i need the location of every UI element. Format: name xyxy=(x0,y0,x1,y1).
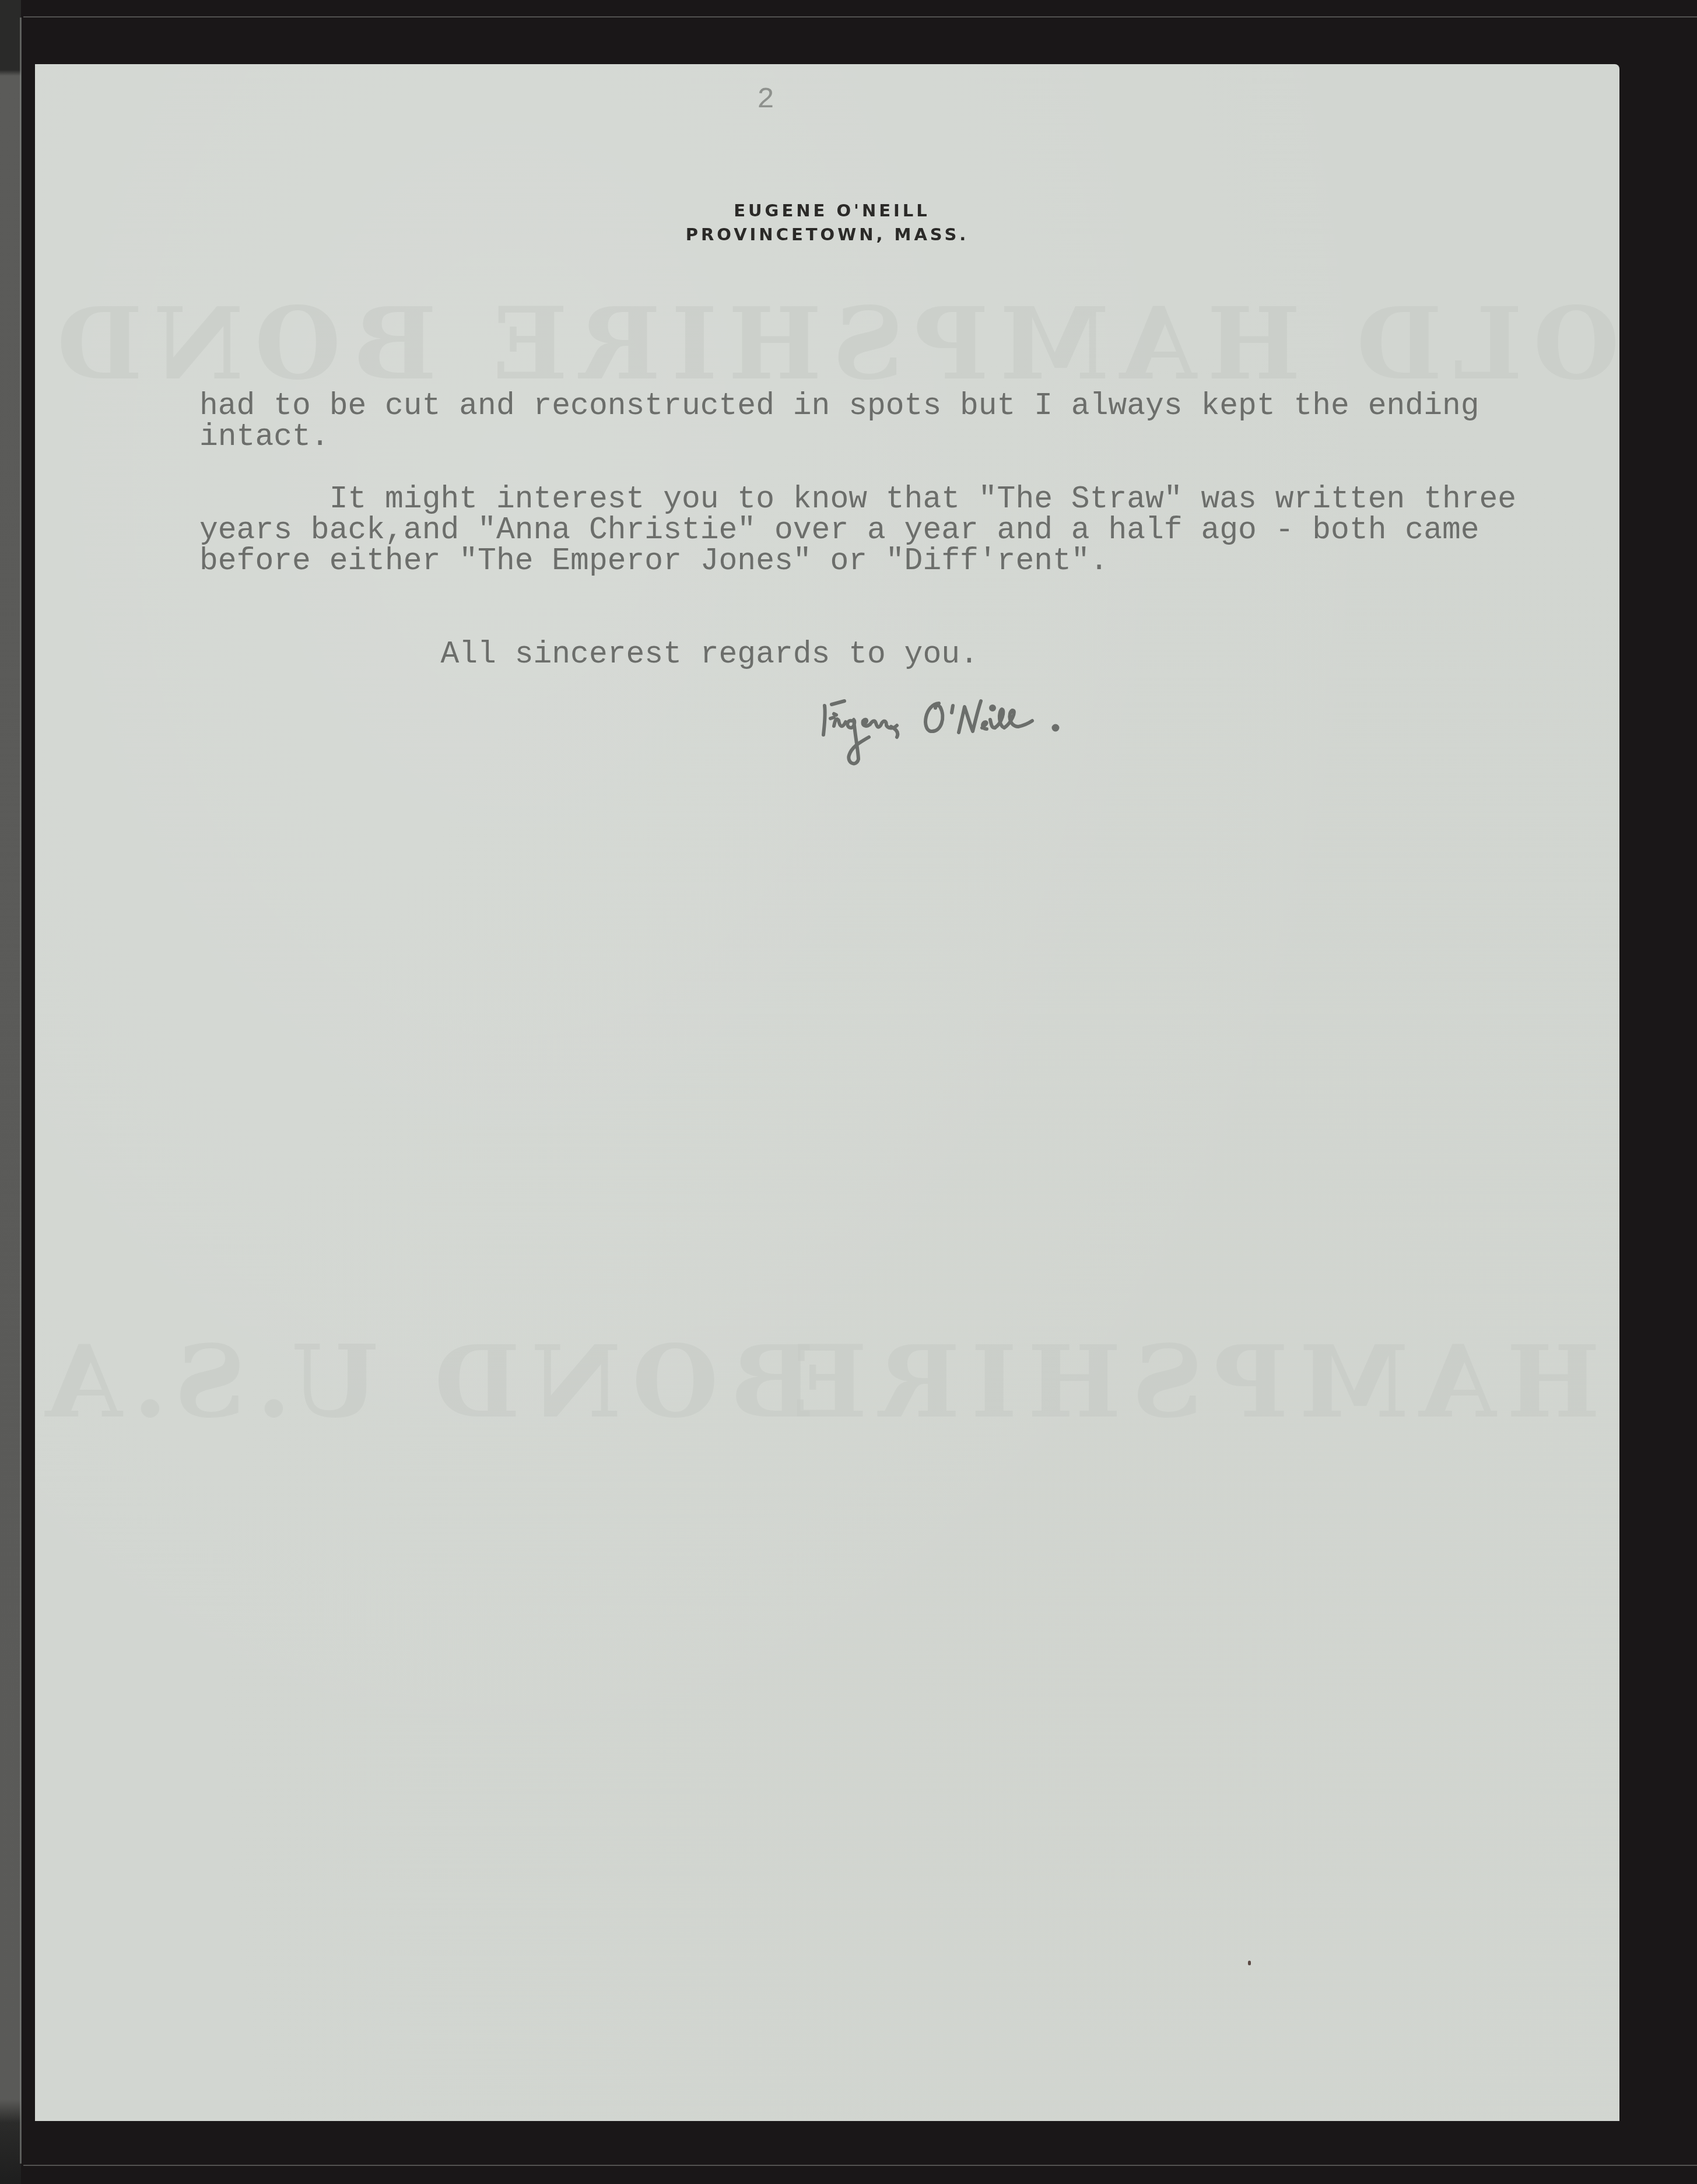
mat-line-top xyxy=(23,16,1697,17)
mat-line-bottom xyxy=(23,2165,1697,2166)
body-line: years back,and "Anna Christie" over a ye… xyxy=(199,515,1479,546)
watermark-bottom-left: BOND U.S.A xyxy=(35,1333,815,1432)
sleeve-glass-edge xyxy=(20,17,22,2164)
body-line: had to be cut and reconstructed in spots… xyxy=(199,391,1479,422)
archive-sleeve-edge xyxy=(0,0,21,2184)
page-number: 2 xyxy=(757,83,774,117)
letter-body: had to be cut and reconstructed in spots… xyxy=(199,64,274,311)
paper-speck xyxy=(1248,1961,1251,1965)
handwritten-signature xyxy=(816,694,1108,776)
letter-page: OLD HAMPSHIRE BOND U.S.A BOND U.S.A OLD … xyxy=(35,64,1619,2121)
watermark-bottom-right: OLD HAMPSHIRE xyxy=(781,1333,1619,1432)
body-line: before either "The Emperor Jones" or "Di… xyxy=(199,546,1108,577)
body-line: intact. xyxy=(199,422,329,453)
body-line: It might interest you to know that "The … xyxy=(199,484,1516,515)
closing-line: All sincerest regards to you. xyxy=(199,639,979,670)
